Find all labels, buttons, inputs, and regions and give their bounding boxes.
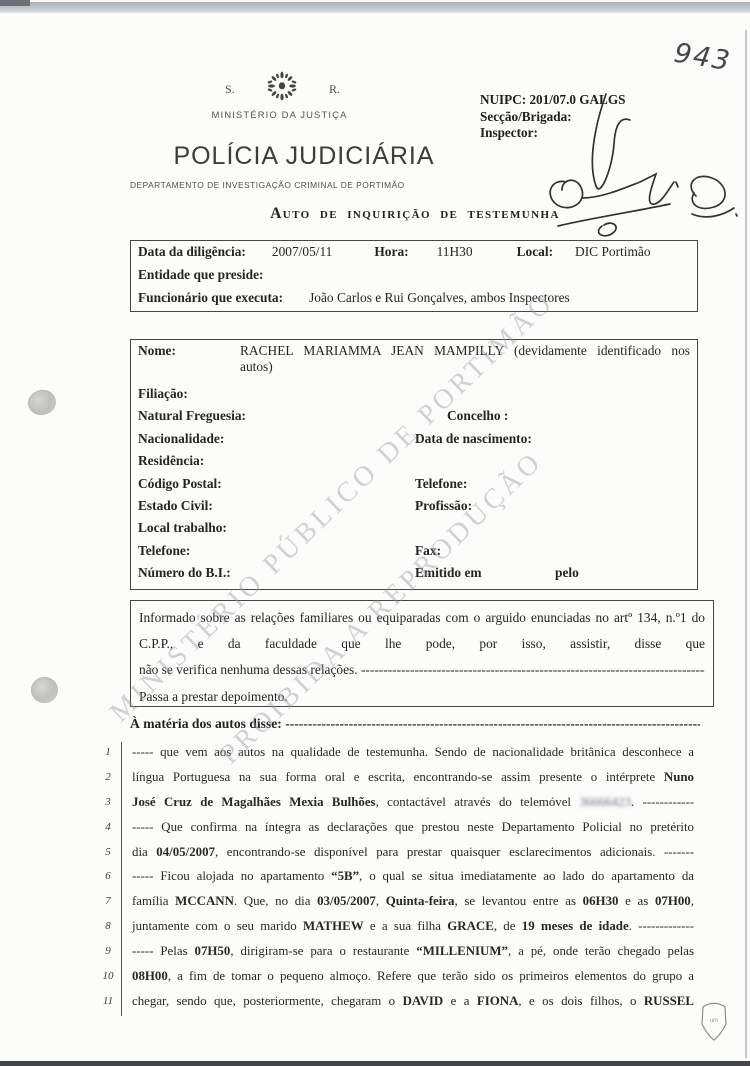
officer-label: Funcionário que executa: — [138, 290, 283, 305]
line-text: 08H00, a fim de tomar o pequeno almoço. … — [121, 966, 696, 991]
phone1-label: Telefone: — [415, 476, 467, 492]
id-row: Número do B.I.: Emitido em pelo — [131, 565, 697, 587]
sr-right-label: R. — [329, 82, 340, 97]
notice-line-1: Informado sobre as relações familiares o… — [139, 605, 705, 631]
nationality-label: Nacionalidade: — [138, 431, 224, 446]
line-text: chegar, sendo que, posteriormente, chega… — [121, 991, 696, 1016]
deposition-line: 1008H00, a fim de tomar o pequeno almoço… — [95, 966, 696, 991]
line-number: 5 — [95, 842, 121, 867]
scan-right-edge — [745, 30, 747, 1058]
phone2-label: Telefone: — [138, 543, 190, 558]
postal-row: Código Postal: Telefone: — [131, 476, 697, 498]
issued-by-label: pelo — [555, 565, 579, 581]
name-label: Nome: — [138, 343, 176, 358]
state-emblem-line: S. — [225, 72, 340, 106]
deposition-line: 8juntamente com o seu marido MATHEW e a … — [95, 916, 696, 941]
issued-label: Emitido em — [415, 565, 482, 581]
deposition-line: 11chegar, sendo que, posteriormente, che… — [95, 991, 696, 1016]
birthplace-row: Natural Freguesia: Concelho : — [131, 408, 697, 430]
ministry-name: MINISTÉRIO DA JUSTIÇA — [152, 110, 407, 121]
notice-line-2: C.P.P., e da faculdade que lhe pode, por… — [139, 631, 705, 657]
line-number: 3 — [95, 792, 121, 817]
scan-top-corner — [0, 0, 30, 6]
hole-punch-bottom — [31, 677, 58, 703]
legal-notice-box: Informado sobre as relações familiares o… — [130, 600, 714, 707]
diligence-row-1: Data da diligência:2007/05/11Hora:11H30L… — [131, 243, 697, 266]
notice-line-4: Passa a prestar depoimento. — [139, 684, 705, 710]
county-label: Concelho : — [447, 408, 508, 424]
line-text: ----- Ficou alojada no apartamento “5B”,… — [121, 866, 696, 891]
line-number: 2 — [95, 767, 121, 792]
deposition-line: 5dia 04/05/2007, encontrando-se disponív… — [95, 842, 696, 867]
place-label: Local: — [517, 244, 553, 259]
marital-row: Estado Civil: Profissão: — [131, 498, 697, 520]
line-text: José Cruz de Magalhães Mexia Bulhões, co… — [121, 792, 696, 817]
deposition-line: 2língua Portuguesa na sua forma oral e e… — [95, 767, 696, 792]
witness-box: Nome: RACHEL MARIAMMA JEAN MAMPILLY (dev… — [130, 339, 698, 590]
shield-stamp-icon: um — [698, 1000, 730, 1042]
residence-row: Residência: — [131, 453, 697, 475]
workplace-label: Local trabalho: — [138, 520, 227, 535]
witness-name-row: Nome: RACHEL MARIAMMA JEAN MAMPILLY (dev… — [131, 343, 697, 386]
line-text: ----- Que confirma na íntegra as declara… — [121, 817, 696, 842]
id-label: Número do B.I.: — [138, 565, 231, 580]
name-value: RACHEL MARIAMMA JEAN MAMPILLY (devidamen… — [240, 343, 690, 375]
birthdate-label: Data de nascimento: — [415, 431, 532, 447]
department-name: DEPARTAMENTO DE INVESTIGAÇÃO CRIMINAL DE… — [130, 180, 470, 190]
line-text: ----- que vem aos autos na qualidade de … — [121, 742, 696, 767]
organization-name: POLÍCIA JUDICIÁRIA — [144, 142, 464, 171]
filiation-row: Filiação: — [131, 386, 697, 408]
filiation-label: Filiação: — [138, 386, 188, 401]
shield-stamp-text: um — [710, 1018, 718, 1024]
postal-label: Código Postal: — [138, 476, 222, 491]
residence-label: Residência: — [138, 453, 204, 468]
line-number: 9 — [95, 941, 121, 966]
deposition-line: 6----- Ficou alojada no apartamento “5B”… — [95, 866, 696, 891]
diligence-row-3: Funcionário que executa:João Carlos e Ru… — [131, 289, 697, 312]
fax-label: Fax: — [415, 543, 441, 559]
scan-top-band — [0, 2, 750, 13]
time-value: 11H30 — [437, 244, 473, 259]
line-number: 7 — [95, 891, 121, 916]
scan-bottom-bar — [0, 1061, 750, 1066]
diligence-box: Data da diligência:2007/05/11Hora:11H30L… — [130, 240, 698, 312]
marital-label: Estado Civil: — [138, 498, 213, 513]
line-text: dia 04/05/2007, encontrando-se disponíve… — [121, 842, 696, 867]
line-number: 8 — [95, 916, 121, 941]
presiding-label: Entidade que preside: — [138, 267, 264, 282]
place-value: DIC Portimão — [575, 244, 651, 259]
handwritten-signatures — [528, 86, 743, 246]
deposition-line: 1----- que vem aos autos na qualidade de… — [95, 742, 696, 767]
line-number: 11 — [95, 991, 121, 1016]
notice-line-3: não se verifica nenhuma dessas relações.… — [139, 657, 705, 683]
sr-left-label: S. — [225, 82, 235, 97]
deposition-lines: 1----- que vem aos autos na qualidade de… — [95, 742, 696, 1016]
birthplace-label: Natural Freguesia: — [138, 408, 246, 423]
diligence-row-2: Entidade que preside: — [131, 266, 697, 289]
line-text: juntamente com o seu marido MATHEW e a s… — [121, 916, 696, 941]
line-number: 1 — [95, 742, 121, 767]
nationality-row: Nacionalidade: Data de nascimento: — [131, 431, 697, 453]
time-label: Hora: — [374, 244, 408, 259]
phone-fax-row: Telefone: Fax: — [131, 543, 697, 565]
officer-value: João Carlos e Rui Gonçalves, ambos Inspe… — [309, 290, 570, 305]
line-text: família MCCANN. Que, no dia 03/05/2007, … — [121, 891, 696, 916]
deposition-line: 7família MCCANN. Que, no dia 03/05/2007,… — [95, 891, 696, 916]
profession-label: Profissão: — [415, 498, 472, 514]
date-value: 2007/05/11 — [272, 244, 333, 259]
deposition-line: 3José Cruz de Magalhães Mexia Bulhões, c… — [95, 792, 696, 817]
line-text: ----- Pelas 07H50, dirigiram-se para o r… — [121, 941, 696, 966]
line-number: 4 — [95, 817, 121, 842]
date-label: Data da diligência: — [138, 244, 246, 259]
workplace-row: Local trabalho: — [131, 520, 697, 542]
deposition-line: 4----- Que confirma na íntegra as declar… — [95, 817, 696, 842]
line-number: 10 — [95, 966, 121, 991]
hole-punch-top — [26, 387, 59, 417]
handwritten-page-number: 943 — [672, 38, 734, 78]
line-text: língua Portuguesa na sua forma oral e es… — [121, 767, 696, 792]
coat-of-arms-icon — [262, 70, 302, 108]
deposition-line: 9----- Pelas 07H50, dirigiram-se para o … — [95, 941, 696, 966]
line-number: 6 — [95, 866, 121, 891]
statement-heading: À matéria dos autos disse: -------------… — [130, 716, 700, 732]
